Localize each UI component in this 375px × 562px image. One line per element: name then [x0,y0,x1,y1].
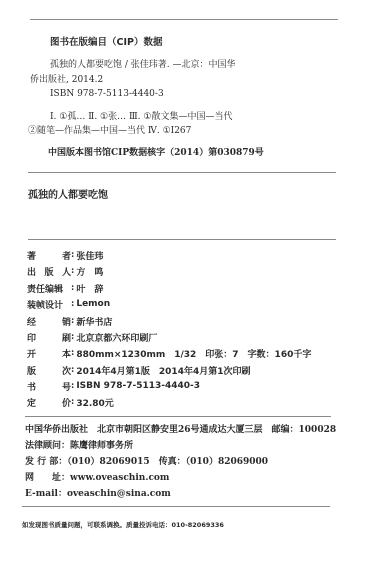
cip-heading: 图书在版编目（CIP）数据 [50,37,162,49]
book-title: 孤独的人都要吃饱 [28,190,108,202]
info-label: 版次 [27,364,71,377]
distribution-phone-fax: 发 行 部：（010）82069015 传真：（010）82069000 [25,454,268,467]
info-label: 开本 [27,347,71,360]
info-divider [25,416,331,417]
email: E-mail：oveaschin@sina.com [25,486,171,499]
info-format: 开本: 880mm×1230mm 1/32 印张：7 字数：160千字 [27,346,311,360]
info-price: 定价: 32.80元 [27,395,114,409]
info-value: 叶 辞 [76,282,103,295]
info-author: 著者: 张佳玮 [27,248,103,262]
cip-line-2: 侨出版社, 2014.2 [30,74,103,86]
info-label: 定价 [27,396,71,409]
info-value: 方 鸣 [76,265,103,278]
info-label: 经销 [27,315,71,328]
cip-line-classification-2: ②随笔—作品集—中国—当代 Ⅳ. ①I267 [28,125,191,137]
info-label: 书号 [27,380,71,393]
cip-line-classification-1: Ⅰ. ①孤… Ⅱ. ①张… Ⅲ. ①散文集—中国—当代 [50,111,232,123]
top-divider [30,19,338,20]
info-value: ISBN 978-7-5113-4440-3 [76,381,200,391]
quality-complaint-note: 如发现图书质量问题，可联系调换。质量投诉电话：010-82069336 [22,520,224,529]
info-label: 出版人 [27,265,71,278]
publisher-divider [22,506,330,507]
info-value: 2014年4月第1版 2014年4月第1次印刷 [76,364,250,377]
info-label: 著者 [27,249,71,262]
info-isbn: 书号: ISBN 978-7-5113-4440-3 [27,379,200,393]
info-value: 张佳玮 [76,249,103,262]
publisher-address: 中国华侨出版社 北京市朝阳区静安里26号通成达大厦三层 邮编：100028 [25,422,336,435]
website: 网 址：www.oveaschin.com [25,470,169,483]
cip-line-1: 孤独的人都要吃饱 / 张佳玮著. —北京：中国华 [50,59,235,71]
info-label: 印刷 [27,331,71,344]
info-editor: 责任编辑: 叶 辞 [27,281,103,295]
info-publisher-person: 出版人: 方 鸣 [27,264,103,278]
cip-divider [28,172,336,173]
info-value: 北京京都六环印刷厂 [76,331,157,344]
info-value: 32.80元 [76,396,113,409]
info-designer: 装帧设计: Lemon [27,297,110,311]
cip-line-isbn: ISBN 978-7-5113-4440-3 [50,88,164,100]
info-distributor: 经销: 新华书店 [27,314,112,328]
info-value: 880mm×1230mm 1/32 印张：7 字数：160千字 [76,347,311,360]
title-divider [28,239,336,240]
info-edition: 版次: 2014年4月第1版 2014年4月第1次印刷 [27,363,250,377]
cip-catalog-number: 中国版本图书馆CIP数据核字（2014）第030879号 [48,147,264,159]
info-printer: 印刷: 北京京都六环印刷厂 [27,330,157,344]
copyright-page: 图书在版编目（CIP）数据 孤独的人都要吃饱 / 张佳玮著. —北京：中国华 侨… [0,0,375,562]
info-label: 装帧设计 [27,298,71,311]
legal-advisor: 法律顾问：陈鹰律师事务所 [25,438,133,451]
info-value: 新华书店 [76,315,112,328]
info-label: 责任编辑 [27,282,71,295]
info-value: Lemon [76,299,110,309]
